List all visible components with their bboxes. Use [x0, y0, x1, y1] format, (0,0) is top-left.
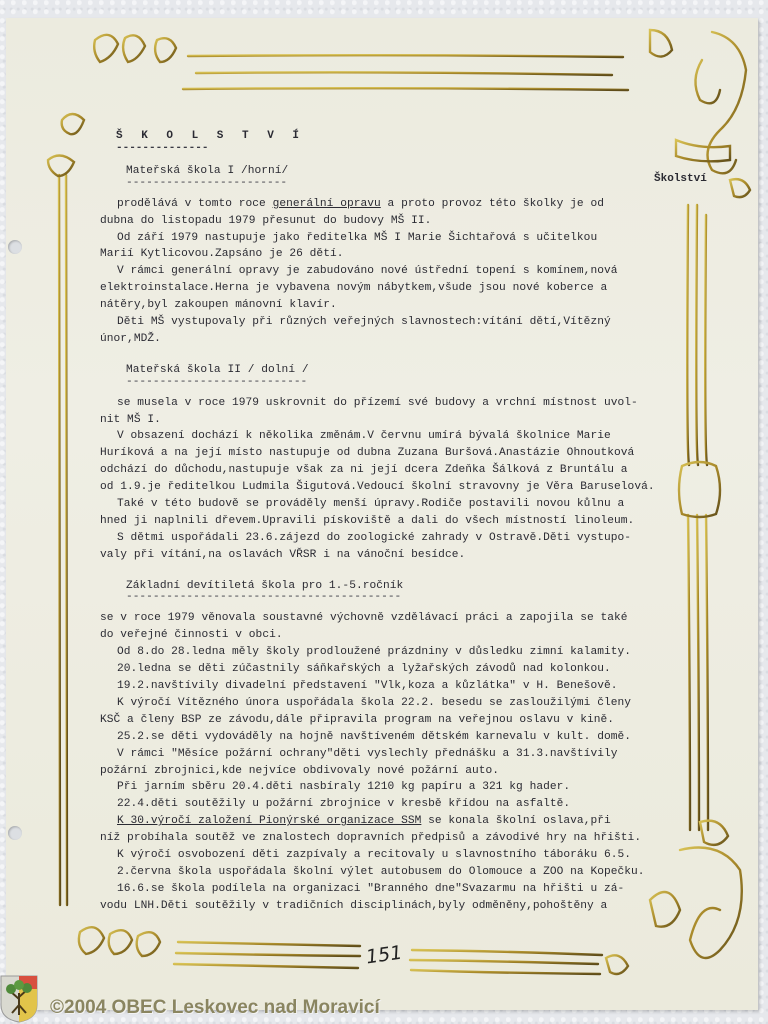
text-segment: nit MŠ I. [100, 414, 161, 426]
text-line: V rámci "Měsíce požární ochrany"děti vys… [100, 746, 670, 763]
text-segment: níž probíhala soutěž ve znalostech dopra… [100, 832, 641, 844]
section-heading: Mateřská škola I /horní/ [100, 163, 670, 180]
text-line: nit MŠ I. [100, 412, 670, 429]
text-line: V obsazení dochází k několika změnám.V č… [100, 428, 670, 445]
section-heading: Mateřská škola II / dolní / [100, 362, 670, 379]
heading-underline: ----------------------------------------… [100, 594, 670, 604]
text-line: Při jarním sběru 20.4.děti nasbíraly 121… [100, 779, 670, 796]
text-segment: K výročí osvobození děti zazpívaly a rec… [117, 849, 631, 861]
text-segment: Marií Kytlicovou.Zapsáno je 26 dětí. [100, 248, 344, 260]
text-line: vodu LNH.Děti soutěžily v tradičních dis… [100, 898, 670, 915]
text-line: Huríková a na její místo nastupuje od du… [100, 445, 670, 462]
text-segment: V obsazení dochází k několika změnám.V č… [117, 430, 611, 442]
village-crest-icon [0, 975, 38, 1023]
punch-hole [8, 826, 22, 840]
text-line: od 1.9.je ředitelkou Ludmila Šigutová.Ve… [100, 479, 670, 496]
text-line: KSČ a členy BSP ze závodu,dále připravil… [100, 712, 670, 729]
text-segment: 25.2.se děti vydováděly na hojně navštív… [117, 731, 631, 743]
section-heading: Základní devítiletá škola pro 1.-5.roční… [100, 578, 670, 595]
text-line: V rámci generální opravy je zabudováno n… [100, 263, 670, 280]
text-line: níž probíhala soutěž ve znalostech dopra… [100, 830, 670, 847]
text-line: S dětmi uspořádali 23.6.zájezd do zoolog… [100, 530, 670, 547]
copyright-watermark: ©2004 OBEC Leskovec nad Moravicí [50, 997, 380, 1019]
text-segment: S dětmi uspořádali 23.6.zájezd do zoolog… [117, 532, 631, 544]
text-segment: a proto provoz této školky je od [381, 198, 604, 210]
text-segment: se musela v roce 1979 uskrovnit do příze… [117, 397, 638, 409]
text-line: dubna do listopadu 1979 přesunut do budo… [100, 213, 670, 230]
text-segment: elektroinstalace.Herna je vybavena novým… [100, 282, 607, 294]
text-segment: Huríková a na její místo nastupuje od du… [100, 447, 634, 459]
text-segment: se konala školní oslava,při [421, 815, 610, 827]
text-line: odchází do důchodu,nastupuje však za ni … [100, 462, 670, 479]
text-line: valy při vítání,na oslavách VŘSR i na vá… [100, 547, 670, 564]
text-segment: Při jarním sběru 20.4.děti nasbíraly 121… [117, 781, 570, 793]
text-line: Od září 1979 nastupuje jako ředitelka MŠ… [100, 230, 670, 247]
text-line: 19.2.navštívily divadelní představení "V… [100, 678, 670, 695]
text-segment: Děti MŠ vystupovaly při různých veřejnýc… [117, 316, 611, 328]
text-line: Marií Kytlicovou.Zapsáno je 26 dětí. [100, 246, 670, 263]
text-segment: valy při vítání,na oslavách VŘSR i na vá… [100, 549, 465, 561]
text-segment: 22.4.děti soutěžily u požární zbrojnice … [117, 798, 570, 810]
text-segment: KSČ a členy BSP ze závodu,dále připravil… [100, 714, 614, 726]
text-line: Děti MŠ vystupovaly při různých veřejnýc… [100, 314, 670, 331]
text-line: Také v této budově se prováděly menší úp… [100, 496, 670, 513]
text-segment: dubna do listopadu 1979 přesunut do budo… [100, 215, 431, 227]
text-line: se musela v roce 1979 uskrovnit do příze… [100, 395, 670, 412]
text-segment: 20.ledna se děti zúčastnily sáňkařských … [117, 663, 611, 675]
text-line: 22.4.děti soutěžily u požární zbrojnice … [100, 796, 670, 813]
text-segment: od 1.9.je ředitelkou Ludmila Šigutová.Ve… [100, 481, 655, 493]
text-line: K výročí osvobození děti zazpívaly a rec… [100, 847, 670, 864]
text-segment: 16.6.se škola podílela na organizaci "Br… [117, 883, 624, 895]
text-segment: odchází do důchodu,nastupuje však za ni … [100, 464, 628, 476]
document-title: Š K O L S T V Í [100, 128, 670, 145]
text-segment: prodělává v tomto roce [117, 198, 273, 210]
text-line: hned ji naplnili dřevem.Upravili pískovi… [100, 513, 670, 530]
text-segment: 2.června škola uspořádala školní výlet a… [117, 866, 645, 878]
text-segment: se v roce 1979 věnovala soustavné výchov… [100, 612, 628, 624]
punch-hole [8, 240, 22, 254]
section-gap [100, 564, 670, 578]
underlined-phrase: K 30.výročí založení Pionýrské organizac… [117, 815, 421, 827]
section-gap [100, 348, 670, 362]
text-line: do veřejné činnosti v obci. [100, 627, 670, 644]
text-line: požární zbrojnici,kde nejvíce obdivovaly… [100, 763, 670, 780]
text-segment: V rámci generální opravy je zabudováno n… [117, 265, 618, 277]
text-line: Od 8.do 28.ledna měly školy prodloužené … [100, 644, 670, 661]
text-segment: nátěry,byl zakoupen mánovní klavír. [100, 299, 337, 311]
text-line: 16.6.se škola podílela na organizaci "Br… [100, 881, 670, 898]
text-segment: 19.2.navštívily divadelní představení "V… [117, 680, 618, 692]
text-segment: K výročí Vítězného února uspořádala škol… [117, 697, 631, 709]
text-line: prodělává v tomto roce generální opravu … [100, 196, 670, 213]
text-segment: požární zbrojnici,kde nejvíce obdivovaly… [100, 765, 499, 777]
heading-underline: ------------------------ [100, 180, 670, 190]
text-line: K výročí Vítězného února uspořádala škol… [100, 695, 670, 712]
text-segment: Od září 1979 nastupuje jako ředitelka MŠ… [117, 232, 597, 244]
text-line: 25.2.se děti vydováděly na hojně navštív… [100, 729, 670, 746]
title-underline: -------------- [100, 145, 670, 155]
text-line: elektroinstalace.Herna je vybavena novým… [100, 280, 670, 297]
text-segment: do veřejné činnosti v obci. [100, 629, 283, 641]
text-line: 2.června škola uspořádala školní výlet a… [100, 864, 670, 881]
text-segment: Také v této budově se prováděly menší úp… [117, 498, 624, 510]
underlined-phrase: generální opravu [273, 198, 381, 210]
heading-underline: --------------------------- [100, 379, 670, 389]
text-line: nátěry,byl zakoupen mánovní klavír. [100, 297, 670, 314]
text-segment: V rámci "Měsíce požární ochrany"děti vys… [117, 748, 618, 760]
text-segment: vodu LNH.Děti soutěžily v tradičních dis… [100, 900, 607, 912]
text-line: 20.ledna se děti zúčastnily sáňkařských … [100, 661, 670, 678]
text-line: únor,MDŽ. [100, 331, 670, 348]
text-segment: Od 8.do 28.ledna měly školy prodloužené … [117, 646, 631, 658]
section-gap [100, 155, 670, 163]
text-segment: únor,MDŽ. [100, 333, 161, 345]
typewritten-text: Š K O L S T V Í -------------- Mateřská … [100, 128, 670, 915]
text-segment: hned ji naplnili dřevem.Upravili pískovi… [100, 515, 634, 527]
text-line: se v roce 1979 věnovala soustavné výchov… [100, 610, 670, 627]
text-line: K 30.výročí založení Pionýrské organizac… [100, 813, 670, 830]
